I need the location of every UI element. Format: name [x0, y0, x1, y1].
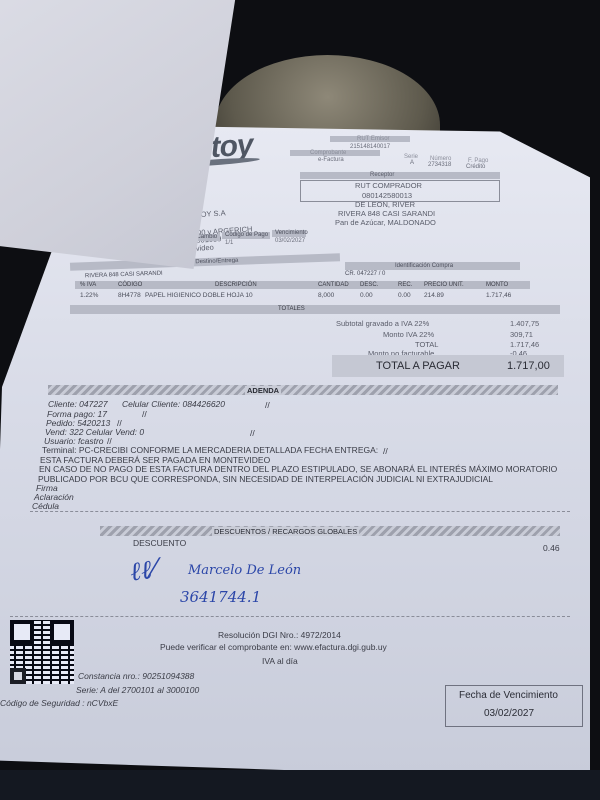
- verify-text: Puede verificar el comprobante en: www.e…: [160, 642, 387, 652]
- receptor-rut-value: 080142580013: [362, 191, 412, 200]
- adenda-divider: [30, 511, 570, 512]
- receptor-label: Receptor: [370, 172, 394, 178]
- items-column-header: CANTIDAD: [318, 282, 349, 288]
- qr-finder-icon: [10, 668, 26, 684]
- descuento-item-label: DESCUENTO: [133, 538, 186, 548]
- items-column-header: CÓDIGO: [118, 282, 142, 288]
- codigo-seguridad: Código de Seguridad : nCVbxE: [0, 698, 118, 708]
- item-cell: 0.00: [398, 292, 411, 299]
- vencimiento-value: 03/02/2027: [484, 708, 534, 719]
- item-cell: 8H4778: [118, 292, 141, 299]
- receptor-name: DE LEON, RIVER: [355, 200, 415, 209]
- totals-line-label: Subtotal gravado a IVA 22%: [336, 319, 429, 328]
- serie-range: Serie: A del 2700101 al 3000100: [76, 685, 199, 695]
- receptor-label-bar: [300, 172, 500, 179]
- totals-line-value: 1.717,46: [510, 340, 539, 349]
- adenda-slash-4: //: [250, 428, 255, 438]
- constancia-nro: Constancia nro.: 90251094388: [78, 671, 194, 681]
- serie-value: A: [410, 160, 414, 166]
- total-a-pagar-label: TOTAL A PAGAR: [376, 360, 460, 372]
- item-cell: 0.00: [360, 292, 373, 299]
- totals-line-label: TOTAL: [415, 340, 438, 349]
- totals-line-label: Monto IVA 22%: [383, 330, 434, 339]
- adenda-slash-6: //: [383, 446, 388, 456]
- delivery-value: RIVERA 848 CASI SARANDI: [85, 271, 163, 280]
- rut-emisor-label: RUT Emisor: [357, 136, 390, 142]
- item-cell: PAPEL HIGIENICO DOBLE HOJA 10: [145, 292, 253, 299]
- adenda-cliente: Cliente: 047227: [48, 399, 108, 409]
- footer-divider: [10, 616, 570, 617]
- adenda-note-3: PUBLICADO POR BCU QUE CORRESPONDA, SIN N…: [38, 474, 493, 484]
- items-column-header: DESCRIPCIÓN: [215, 282, 257, 288]
- vencimiento-label: Fecha de Vencimiento: [459, 690, 558, 701]
- pago-value: Crédito: [466, 164, 485, 170]
- receptor-address: RIVERA 848 CASI SARANDI: [338, 209, 435, 218]
- receptor-city: Pan de Azúcar, MALDONADO: [335, 218, 436, 227]
- item-cell: 8,000: [318, 292, 334, 299]
- comprobante-label: Comprobante: [310, 150, 346, 156]
- handwritten-name: Marcelo De León: [188, 563, 301, 578]
- items-column-header: PRECIO UNIT.: [424, 282, 464, 288]
- items-column-header: MONTO: [486, 282, 508, 288]
- adenda-bar: [48, 385, 558, 395]
- iva-al-dia: IVA al día: [262, 656, 298, 666]
- meta-label: Vencimiento: [275, 230, 308, 236]
- descuento-item-value: 0.46: [543, 543, 560, 553]
- meta-value: 03/02/2027: [275, 238, 305, 244]
- item-cell: 1.22%: [80, 292, 98, 299]
- adenda-slash-2: //: [142, 409, 147, 419]
- cedula-label: Cédula: [32, 501, 59, 511]
- adenda-label: ADENDA: [245, 386, 281, 395]
- meta-value: 1/1: [225, 240, 233, 246]
- comprobante-value: e-Factura: [318, 157, 344, 163]
- totales-label-bar: [70, 305, 560, 314]
- item-cell: 1.717,46: [486, 292, 511, 299]
- items-column-header: REC.: [398, 282, 412, 288]
- descuentos-label: DESCUENTOS / RECARGOS GLOBALES: [212, 527, 359, 536]
- numero-value: 2734318: [428, 162, 451, 168]
- receptor-rut-label: RUT COMPRADOR: [355, 181, 422, 190]
- adenda-note-2: EN CASO DE NO PAGO DE ESTA FACTURA DENTR…: [39, 464, 557, 474]
- adenda-terminal: Terminal: PC-CRECIBI CONFORME LA MERCADE…: [42, 445, 378, 455]
- id-compra-value: CR. 047227 / 0: [345, 271, 385, 277]
- resolucion-dgi: Resolución DGI Nro.: 4972/2014: [218, 630, 341, 640]
- id-compra-label: Identificación Compra: [395, 263, 453, 269]
- total-a-pagar-value: 1.717,00: [507, 360, 550, 372]
- adenda-slash-1: //: [265, 400, 270, 410]
- totales-label: TOTALES: [278, 306, 305, 312]
- totals-line-value: 1.407,75: [510, 319, 539, 328]
- items-column-header: % IVA: [80, 282, 96, 288]
- totals-line-value: 309,71: [510, 330, 533, 339]
- items-column-header: DESC.: [360, 282, 378, 288]
- handwritten-id-number: 3641744.1: [180, 588, 261, 606]
- meta-label: Código de Pago: [225, 232, 268, 238]
- item-cell: 214.89: [424, 292, 444, 299]
- adenda-celular-cliente: Celular Cliente: 084426620: [122, 399, 225, 409]
- signature-scribble: ℓℓ⁄: [128, 554, 158, 587]
